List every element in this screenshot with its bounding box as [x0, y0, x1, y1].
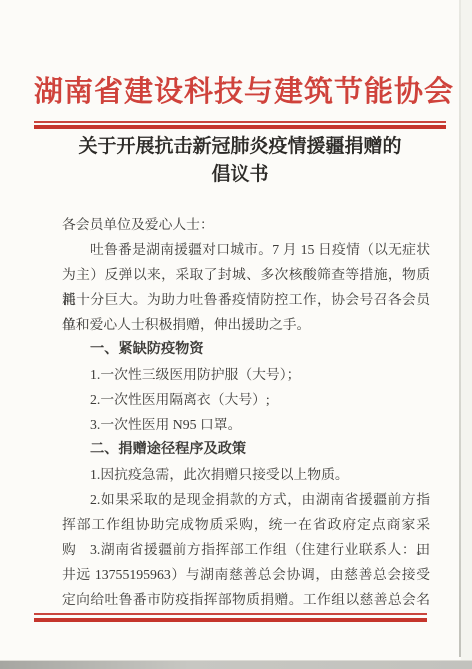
list-item: 1.一次性三级医用防护服（大号）； — [62, 362, 430, 387]
paper-edge-line — [459, 0, 461, 657]
document-body: 各会员单位及爱心人士： 吐鲁番是湖南援疆对口城市。7 月 15 日疫情（以无症状… — [62, 212, 430, 612]
body-line: 位和爱心人士积极捐赠，伸出援助之手。 — [62, 312, 430, 337]
rule-thick-line — [34, 618, 427, 622]
section-heading: 二、捐赠途径程序及政策 — [62, 437, 430, 462]
list-item: 2.一次性医用隔离衣（大号）; — [62, 387, 430, 412]
document-title-line2: 倡议书 — [34, 161, 446, 189]
section-heading: 一、紧缺防疫物资 — [62, 337, 430, 362]
body-line: 耗十分巨大。为助力吐鲁番疫情防控工作，协会号召各会员单 — [62, 287, 430, 312]
body-line: 井远 13755195963）与湖南慈善总会协调，由慈善总会接受 — [62, 562, 430, 587]
list-item: 3.一次性医用 N95 口罩。 — [62, 412, 430, 437]
body-line: 挥部工作组协助完成物质采购，统一在省政府定点商家采购。 — [62, 512, 430, 537]
body-line: 2.如果采取的是现金捐款的方式，由湖南省援疆前方指 — [62, 487, 430, 512]
body-line: 3.湖南省援疆前方指挥部工作组（住建行业联系人：田 — [62, 537, 430, 562]
body-line: 为主）反弹以来，采取了封城、多次核酸筛查等措施，物质消 — [62, 262, 430, 287]
letterhead-org-name: 湖南省建设科技与建筑节能协会 — [34, 68, 446, 116]
rule-thin-line — [34, 613, 427, 615]
footer-double-rule — [34, 613, 427, 622]
document-title-line1: 关于开展抗击新冠肺炎疫情援疆捐赠的 — [34, 133, 446, 161]
scan-right-margin — [461, 0, 472, 669]
scan-bottom-shadow — [0, 661, 472, 669]
body-line: 定向给吐鲁番市防疫指挥部物质捐赠。工作组以慈善总会名 — [62, 587, 430, 612]
document-title: 关于开展抗击新冠肺炎疫情援疆捐赠的 倡议书 — [34, 133, 446, 189]
list-item: 1.因抗疫急需，此次捐赠只接受以上物质。 — [62, 462, 430, 487]
rule-thick-line — [34, 125, 446, 129]
scanned-letter-page: 湖南省建设科技与建筑节能协会 关于开展抗击新冠肺炎疫情援疆捐赠的 倡议书 各会员… — [0, 0, 472, 669]
body-line: 吐鲁番是湖南援疆对口城市。7 月 15 日疫情（以无症状 — [62, 237, 430, 262]
letterhead-double-rule — [34, 121, 446, 129]
rule-thin-line — [34, 121, 446, 123]
salutation-line: 各会员单位及爱心人士： — [62, 212, 430, 237]
